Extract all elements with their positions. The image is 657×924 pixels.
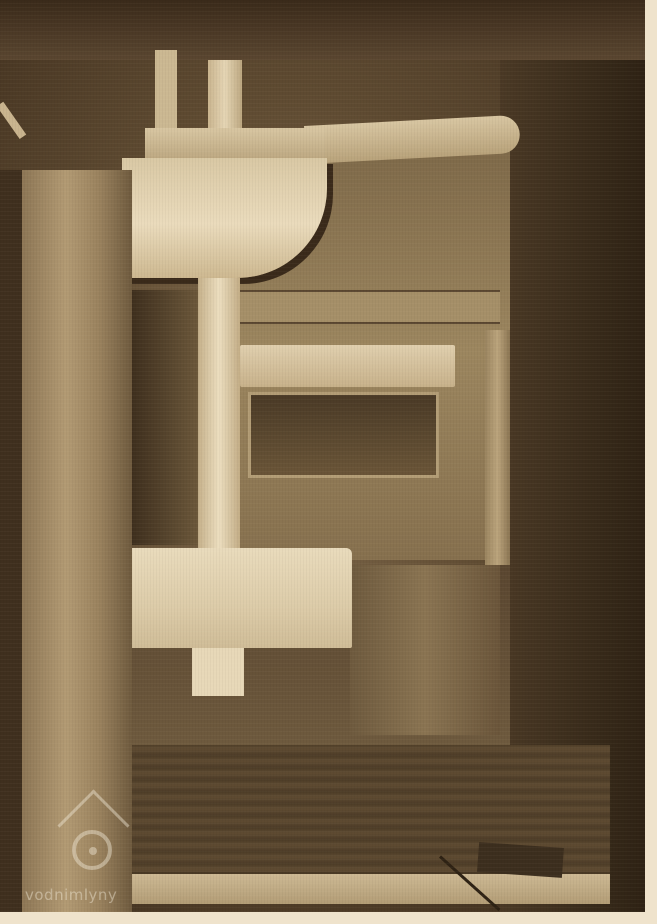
- far-left-shadow: [0, 170, 24, 912]
- upper-left-post: [155, 50, 177, 130]
- shaft-lower-end: [192, 648, 244, 696]
- water-wheel-icon: [72, 830, 112, 870]
- dark-opening: [248, 392, 439, 478]
- paper-margin-right: [645, 0, 657, 924]
- watermark-text: vodnimlyny: [25, 886, 117, 904]
- mid-left-shadow: [130, 290, 198, 545]
- mill-interior-photo: vodnimlyny: [0, 0, 645, 912]
- vertical-shaft: [198, 278, 240, 548]
- diagonal-beam: [0, 102, 26, 139]
- lower-wood-panel: [350, 565, 500, 735]
- floor-board: [120, 872, 610, 904]
- paper-margin-bottom: [0, 912, 657, 924]
- upper-frame-rail: [240, 290, 500, 324]
- upper-shaft-post: [208, 60, 242, 130]
- middle-cross-beam: [240, 345, 455, 387]
- top-rail: [145, 128, 325, 160]
- ceiling-beam: [0, 0, 645, 60]
- mill-house-wheel-icon: [60, 800, 130, 890]
- floor-block: [477, 842, 564, 878]
